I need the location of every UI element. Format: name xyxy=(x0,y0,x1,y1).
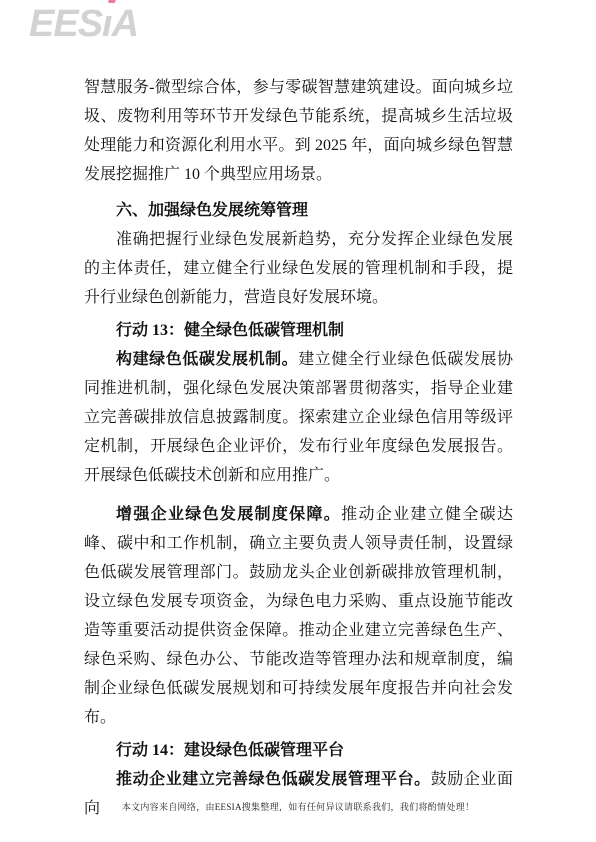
logo-letter-i: ı xyxy=(102,2,112,46)
footer-disclaimer: 本文内容来自网络，由EESIA搜集整理，如有任何异议请联系我们，我们将酌情处理！ xyxy=(0,801,596,814)
run-in-heading-mechanism: 构建绿色低碳发展机制。 xyxy=(116,351,298,368)
action-14-heading: 行动 14：建设绿色低碳管理平台 xyxy=(84,736,513,765)
paragraph-text: 建立健全行业绿色低碳发展协同推进机制，强化绿色发展决策部署贯彻落实，指导企业建立… xyxy=(84,351,513,484)
eesia-logo: EESıA xyxy=(29,2,138,46)
action-13-heading: 行动 13：健全绿色低碳管理机制 xyxy=(84,316,513,345)
document-body: 智慧服务-微型综合体，参与零碳智慧建筑建设。面向城乡垃圾、废物利用等环节开发绿色… xyxy=(84,73,513,823)
action-13-paragraph-2: 增强企业绿色发展制度保障。推动企业建立健全碳达峰、碳中和工作机制，确立主要负责人… xyxy=(84,500,513,732)
document-page: EESıA 智慧服务-微型综合体，参与零碳智慧建筑建设。面向城乡垃圾、废物利用等… xyxy=(0,0,596,842)
paragraph-continuation: 智慧服务-微型综合体，参与零碳智慧建筑建设。面向城乡垃圾、废物利用等环节开发绿色… xyxy=(84,73,513,189)
page-number: 12 xyxy=(0,772,596,788)
logo-text-right: A xyxy=(112,3,138,45)
paragraph-text: 推动企业建立健全碳达峰、碳中和工作机制，确立主要负责人领导责任制，设置绿色低碳发… xyxy=(84,506,513,726)
section-heading-6: 六、加强绿色发展统筹管理 xyxy=(84,196,513,225)
logo-text-left: EES xyxy=(29,3,102,45)
action-13-paragraph-1: 构建绿色低碳发展机制。建立健全行业绿色低碳发展协同推进机制，强化绿色发展决策部署… xyxy=(84,345,513,490)
section-6-intro-paragraph: 准确把握行业绿色发展新趋势，充分发挥企业绿色发展的主体责任，建立健全行业绿色发展… xyxy=(84,225,513,312)
run-in-heading-guarantee: 增强企业绿色发展制度保障。 xyxy=(116,506,341,523)
